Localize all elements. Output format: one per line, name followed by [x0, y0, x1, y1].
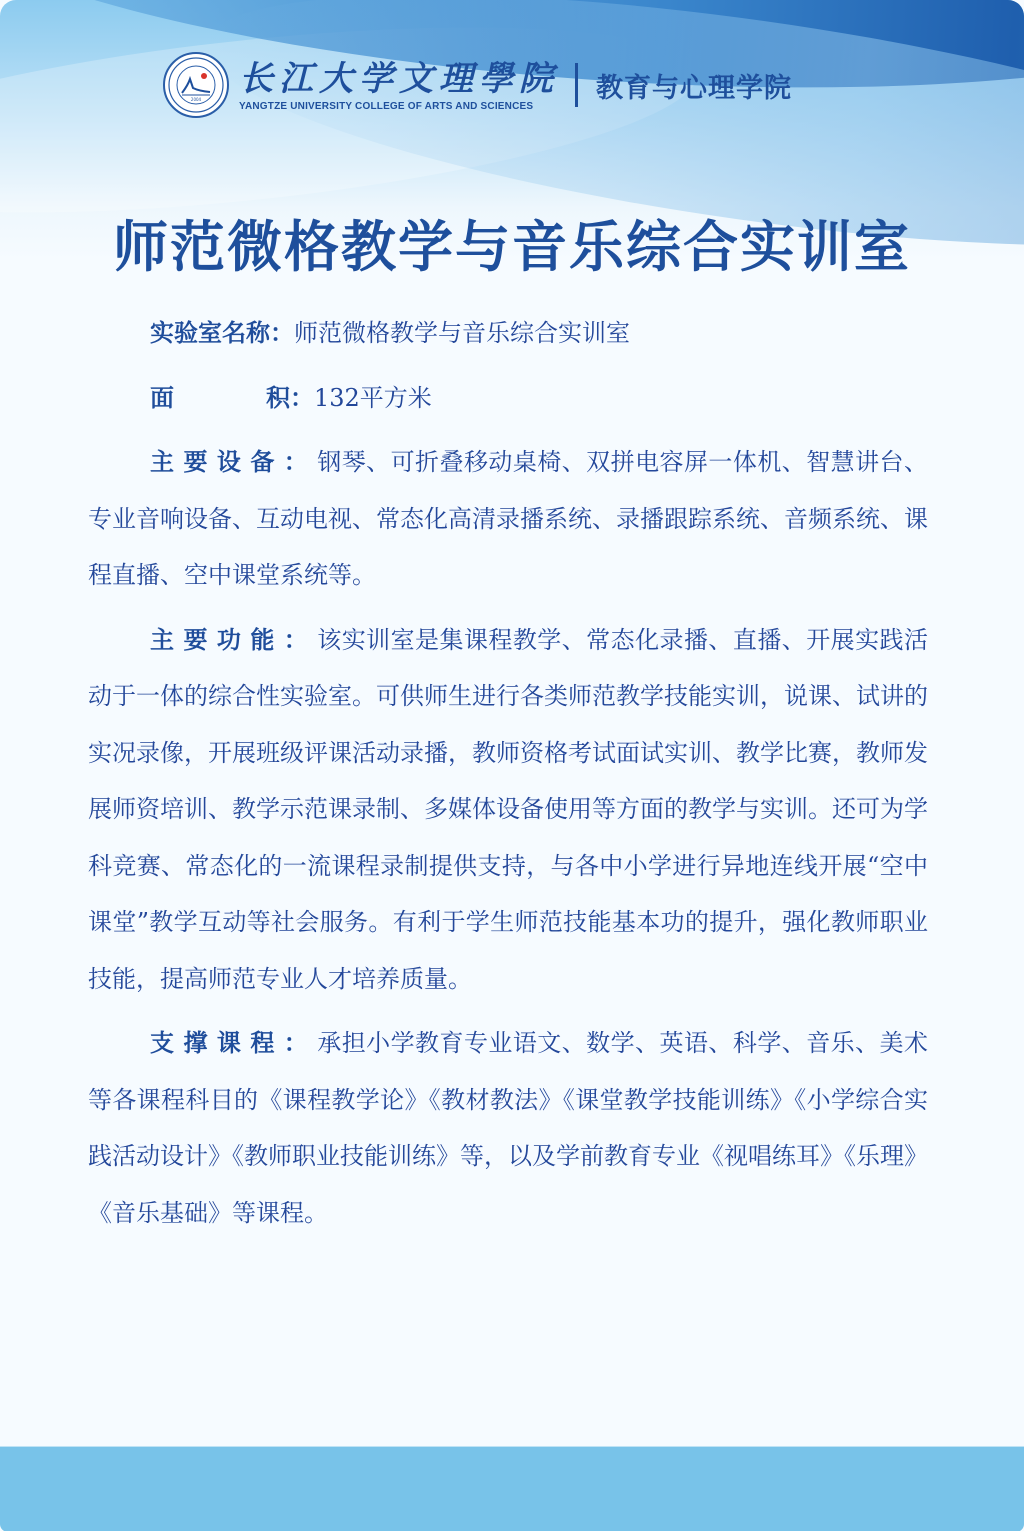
institution-brand: 2004 长江大学文理學院 YANGTZE UNIVERSITY COLLEGE…	[163, 50, 792, 120]
equipment-paragraph: 主要设备：钢琴、可折叠移动桌椅、双拼电容屏一体机、智慧讲台、专业音响设备、互动电…	[88, 434, 928, 604]
department-name: 教育与心理学院	[596, 66, 792, 105]
lab-name-value: 师范微格教学与音乐综合实训室	[294, 319, 630, 347]
area-row: 面积：132平方米	[150, 370, 928, 427]
area-value: 132平方米	[314, 384, 432, 412]
footer-band	[0, 1446, 1024, 1531]
function-paragraph: 主要功能：该实训室是集课程教学、常态化录播、直播、开展实践活动于一体的综合性实验…	[88, 612, 928, 1008]
area-label-first: 面	[150, 370, 266, 427]
svg-text:2004: 2004	[191, 97, 202, 102]
courses-paragraph: 支撑课程：承担小学教育专业语文、数学、英语、科学、音乐、美术等各课程科目的《课程…	[88, 1015, 928, 1241]
divider	[575, 63, 578, 107]
area-label-second: 积：	[266, 384, 314, 412]
lab-name-label: 实验室名称：	[150, 319, 294, 347]
lab-name-row: 实验室名称：师范微格教学与音乐综合实训室	[150, 305, 928, 362]
university-seal-icon: 2004	[163, 52, 229, 118]
lab-info: 实验室名称：师范微格教学与音乐综合实训室 面积：132平方米 主要设备：钢琴、可…	[88, 305, 928, 1249]
school-name-en: YANGTZE UNIVERSITY COLLEGE OF ARTS AND S…	[239, 101, 559, 112]
school-name-cn: 长江大学文理學院	[239, 59, 559, 99]
equipment-label: 主要设备：	[150, 448, 317, 476]
courses-value: 承担小学教育专业语文、数学、英语、科学、音乐、美术等各课程科目的《课程教学论》《…	[88, 1029, 928, 1227]
page-title: 师范微格教学与音乐综合实训室	[0, 209, 1024, 285]
function-value: 该实训室是集课程教学、常态化录播、直播、开展实践活动于一体的综合性实验室。可供师…	[88, 626, 928, 993]
courses-label: 支撑课程：	[150, 1029, 317, 1057]
function-label: 主要功能：	[150, 626, 317, 654]
